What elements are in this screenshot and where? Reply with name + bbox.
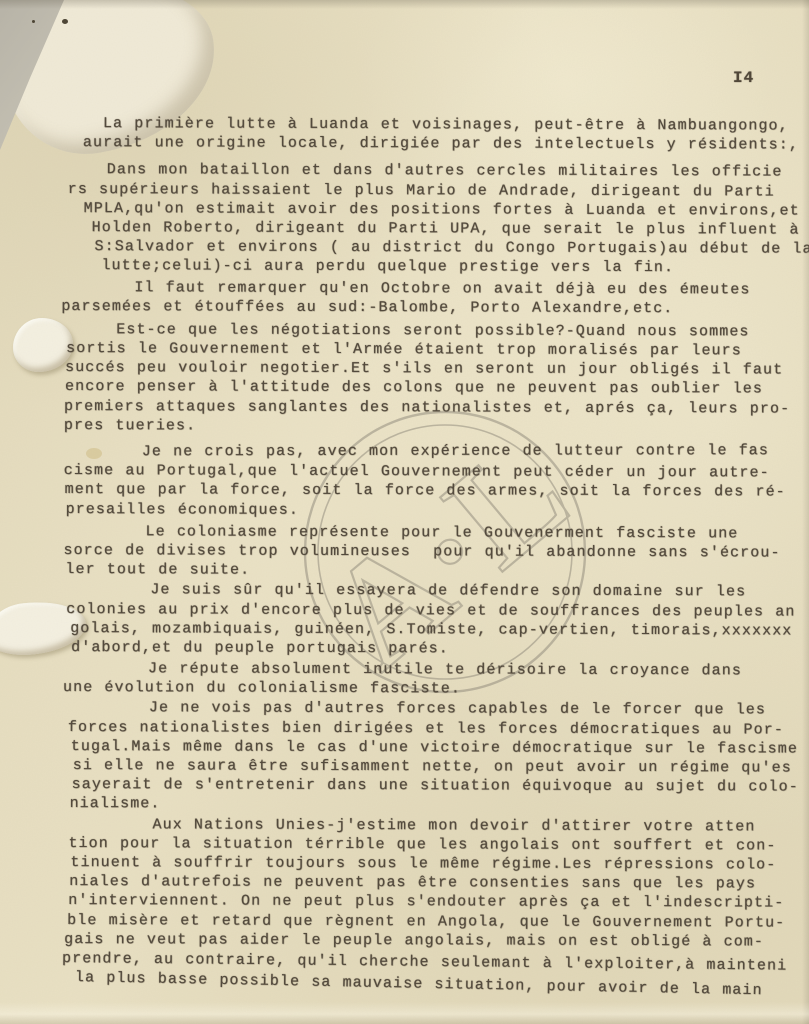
text-line: premiers attaques sanglantes des nationa… [64,397,800,419]
paragraph: La primière lutte à Luanda et voisinages… [62,114,801,155]
text-line: gais ne veut pas aider le peuple angolai… [64,930,798,952]
text-line: Holden Roberto, dirigeant du Parti UPA, … [92,218,801,240]
text-line: une évolution du colonialisme fasciste. [63,678,799,700]
text-line: presailles économiques. [66,500,800,522]
document-text: La primière lutte à Luanda et voisinages… [59,114,801,990]
text-line: forces nationalistes bien dirigées et le… [68,718,799,740]
text-line: Il faut remarquer qu'en Octobre on avait… [134,278,800,300]
page-number: I4 [733,69,754,87]
paper-edge-shadow-bottom [0,1002,809,1024]
text-line: parsemées et étouffées au sud:-Balombe, … [61,297,800,319]
text-line: MPLA,qu'on estimait avoir des positions … [84,199,801,221]
text-line: niales d'autrefois ne peuvent pas être c… [69,872,798,894]
text-line: S:Salvador et environs ( au district du … [95,237,801,259]
text-line: Je répute absolument inutile te dérisoir… [148,659,799,680]
paragraph: Je répute absolument inutile te dérisoir… [60,659,799,700]
paragraph: Dans mon bataillon et dans d'autres cerc… [61,160,800,278]
text-line: sorce de divises trop volumineuses pour … [63,541,799,563]
text-line: La primière lutte à Luanda et voisinages… [103,114,801,136]
text-line: sayerait de s'entretenir dans une situat… [72,775,799,797]
ink-speck [32,20,35,23]
text-line: Dans mon bataillon et dans d'autres cerc… [107,161,801,183]
ink-speck [62,19,68,24]
text-line: tion pour la situation térrible que les … [68,834,798,856]
text-line: ler tout de suite. [65,560,799,582]
text-line: rs supérieurs haissaient le plus Mario d… [68,180,801,202]
text-line: lutte;celui)-ci aura perdu quelque prest… [101,256,800,278]
text-line: Je ne vois pas d'autres forces capables … [149,699,799,720]
text-line: Aux Nations Unies-j'estime mon devoir d'… [152,815,798,836]
text-line: nialisme. [70,794,799,816]
text-line: Le coloniasme représente pour le Gouvene… [146,522,800,543]
text-line: Est-ce que les négotiations seront possi… [116,320,800,342]
text-line: Je suis sûr qu'il essayera de défendre s… [150,581,799,602]
text-line: golais, mozambiquais, guinéen, S.Tomiste… [70,619,799,641]
paragraph: Il faut remarquer qu'en Octobre on avait… [61,277,800,318]
paper-edge-shadow-right [802,0,809,1024]
paper-edge-shadow-top [0,0,809,9]
text-line: si elle ne saura être sufisamment nette,… [73,756,799,778]
text-line: d'abord,et du peuple portugais parés. [71,638,799,660]
text-line: tinuent à souffrir toujours sous le même… [70,853,798,875]
scanned-document: A·L I4 La primière lutte à Luanda et voi… [0,0,809,1024]
paragraph: Le coloniasme représente pour le Gouvene… [60,522,799,582]
text-line: sortis le Gouvernement et l'Armée étaien… [66,339,800,361]
text-line: pres tueries. [64,416,800,438]
paragraph: Je suis sûr qu'il essayera de défendre s… [60,580,799,659]
text-line: Je ne crois pas, avec mon expérience de … [142,441,800,461]
text-line: tugal.Mais même dans le cas d'une victoi… [71,737,799,759]
text-line: colonies au prix d'encore plus de vies e… [66,600,799,622]
paragraph: Je ne crois pas, avec mon expérience de … [61,442,800,521]
text-line: cisme au Portugal,que l'actuel Gouvernem… [64,461,800,483]
text-line: encore penser à l'attitude des colons qu… [65,377,800,399]
text-line: ble misère et retard que règnent en Ango… [67,911,798,933]
paragraph: Aux Nations Unies-j'estime mon devoir d'… [59,815,799,990]
paper-sheet: A·L I4 La primière lutte à Luanda et voi… [0,0,809,1024]
text-line: n'interviennent. On ne peut plus s'endou… [68,891,798,913]
text-line: succés peu vouloir negotier.Et s'ils en … [65,358,800,380]
paragraph: Je ne vois pas d'autres forces capables … [60,698,799,816]
paragraph: Est-ce que les négotiations seront possi… [61,320,800,438]
text-line: ment que par la force, soit la force des… [65,480,800,502]
text-line: aurait une origine locale, dirigiée par … [83,133,801,155]
